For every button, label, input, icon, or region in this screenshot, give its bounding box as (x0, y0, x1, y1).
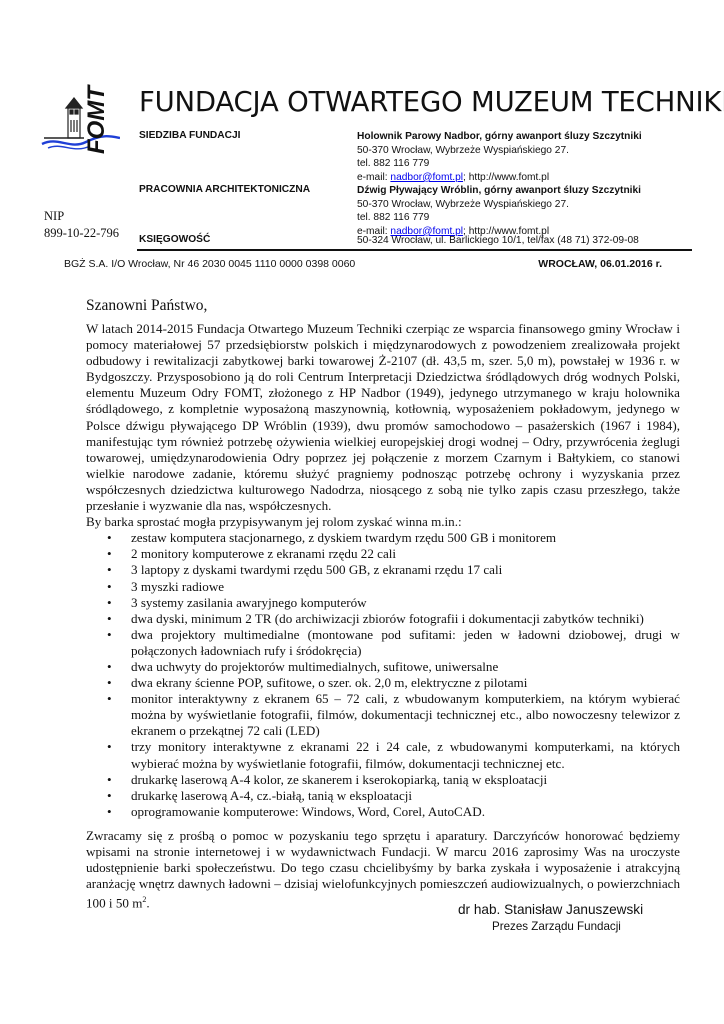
signature-role: Prezes Zarządu Fundacji (492, 920, 621, 933)
tax-id: NIP 899-10-22-796 (44, 208, 119, 242)
architecture-phone: tel. 882 116 779 (357, 211, 641, 225)
equipment-list-item: dwa dyski, minimum 2 TR (do archiwizacji… (86, 611, 680, 627)
equipment-list-item: dwa projektory multimedialne (montowane … (86, 627, 680, 659)
closing-text: Zwracamy się z prośbą o pomoc w pozyskan… (86, 828, 680, 911)
headquarters-address: 50-370 Wrocław, Wybrzeże Wyspiańskiego 2… (357, 144, 642, 158)
equipment-list-item: drukarkę laserową A-4, cz.-białą, tanią … (86, 788, 680, 804)
organization-title: FUNDACJA OTWARTEGO MUZEUM TECHNIKI (139, 86, 724, 118)
equipment-list-item: 3 systemy zasilania awaryjnego komputeró… (86, 595, 680, 611)
architecture-address-block: Dźwig Pływający Wróblin, górny awanport … (357, 184, 641, 238)
email-link[interactable]: nadbor@fomt.pl (390, 172, 463, 183)
list-intro: By barka sprostać mogła przypisywanym je… (86, 514, 680, 530)
equipment-list-item: monitor interaktywny z ekranem 65 – 72 c… (86, 691, 680, 739)
letter-date: WROCŁAW, 06.01.2016 r. (538, 258, 662, 270)
equipment-list-item: 3 myszki radiowe (86, 579, 680, 595)
section-label-accounting: KSIĘGOWOŚĆ (139, 234, 210, 245)
accounting-address: 50-324 Wrocław, ul. Barlickiego 10/1, te… (357, 234, 639, 248)
intro-paragraph: W latach 2014-2015 Fundacja Otwartego Mu… (86, 321, 680, 514)
closing-period: . (146, 896, 149, 911)
equipment-list-item: dwa ekrany ścienne POP, sufitowe, o szer… (86, 675, 680, 691)
tower-icon (44, 98, 84, 138)
svg-text:FOMT: FOMT (83, 84, 110, 154)
fomt-logo: FOMT (40, 72, 120, 156)
bank-account: BGŻ S.A. I/O Wrocław, Nr 46 2030 0045 11… (64, 258, 355, 270)
equipment-list: zestaw komputera stacjonarnego, z dyskie… (86, 530, 680, 820)
tax-id-label: NIP (44, 208, 119, 225)
architecture-address: 50-370 Wrocław, Wybrzeże Wyspiańskiego 2… (357, 198, 641, 212)
closing-paragraph: Zwracamy się z prośbą o pomoc w pozyskan… (86, 828, 680, 912)
tax-id-value: 899-10-22-796 (44, 225, 119, 242)
equipment-list-item: 3 laptopy z dyskami twardymi rzędu 500 G… (86, 562, 680, 578)
letter-body: W latach 2014-2015 Fundacja Otwartego Mu… (86, 321, 680, 912)
architecture-name: Dźwig Pływający Wróblin, górny awanport … (357, 184, 641, 198)
section-label-architecture-studio: PRACOWNIA ARCHITEKTONICZNA (139, 184, 310, 195)
equipment-list-item: trzy monitory interaktywne z ekranami 22… (86, 739, 680, 771)
email-prefix: e-mail: (357, 172, 390, 183)
headquarters-phone: tel. 882 116 779 (357, 157, 642, 171)
headquarters-contact: e-mail: nadbor@fomt.pl; http://www.fomt.… (357, 171, 642, 185)
greeting: Szanowni Państwo, (86, 297, 207, 315)
section-label-headquarters: SIEDZIBA FUNDACJI (139, 130, 241, 141)
equipment-list-item: zestaw komputera stacjonarnego, z dyskie… (86, 530, 680, 546)
header-divider (137, 249, 692, 251)
headquarters-name: Holownik Parowy Nadbor, górny awanport ś… (357, 130, 642, 144)
headquarters-address-block: Holownik Parowy Nadbor, górny awanport ś… (357, 130, 642, 184)
signature-name: dr hab. Stanisław Januszewski (458, 902, 643, 917)
equipment-list-item: oprogramowanie komputerowe: Windows, Wor… (86, 804, 680, 820)
website: ; http://www.fomt.pl (463, 172, 549, 183)
equipment-list-item: drukarkę laserową A-4 kolor, ze skanerem… (86, 772, 680, 788)
equipment-list-item: 2 monitory komputerowe z ekranami rzędu … (86, 546, 680, 562)
equipment-list-item: dwa uchwyty do projektorów multimedialny… (86, 659, 680, 675)
